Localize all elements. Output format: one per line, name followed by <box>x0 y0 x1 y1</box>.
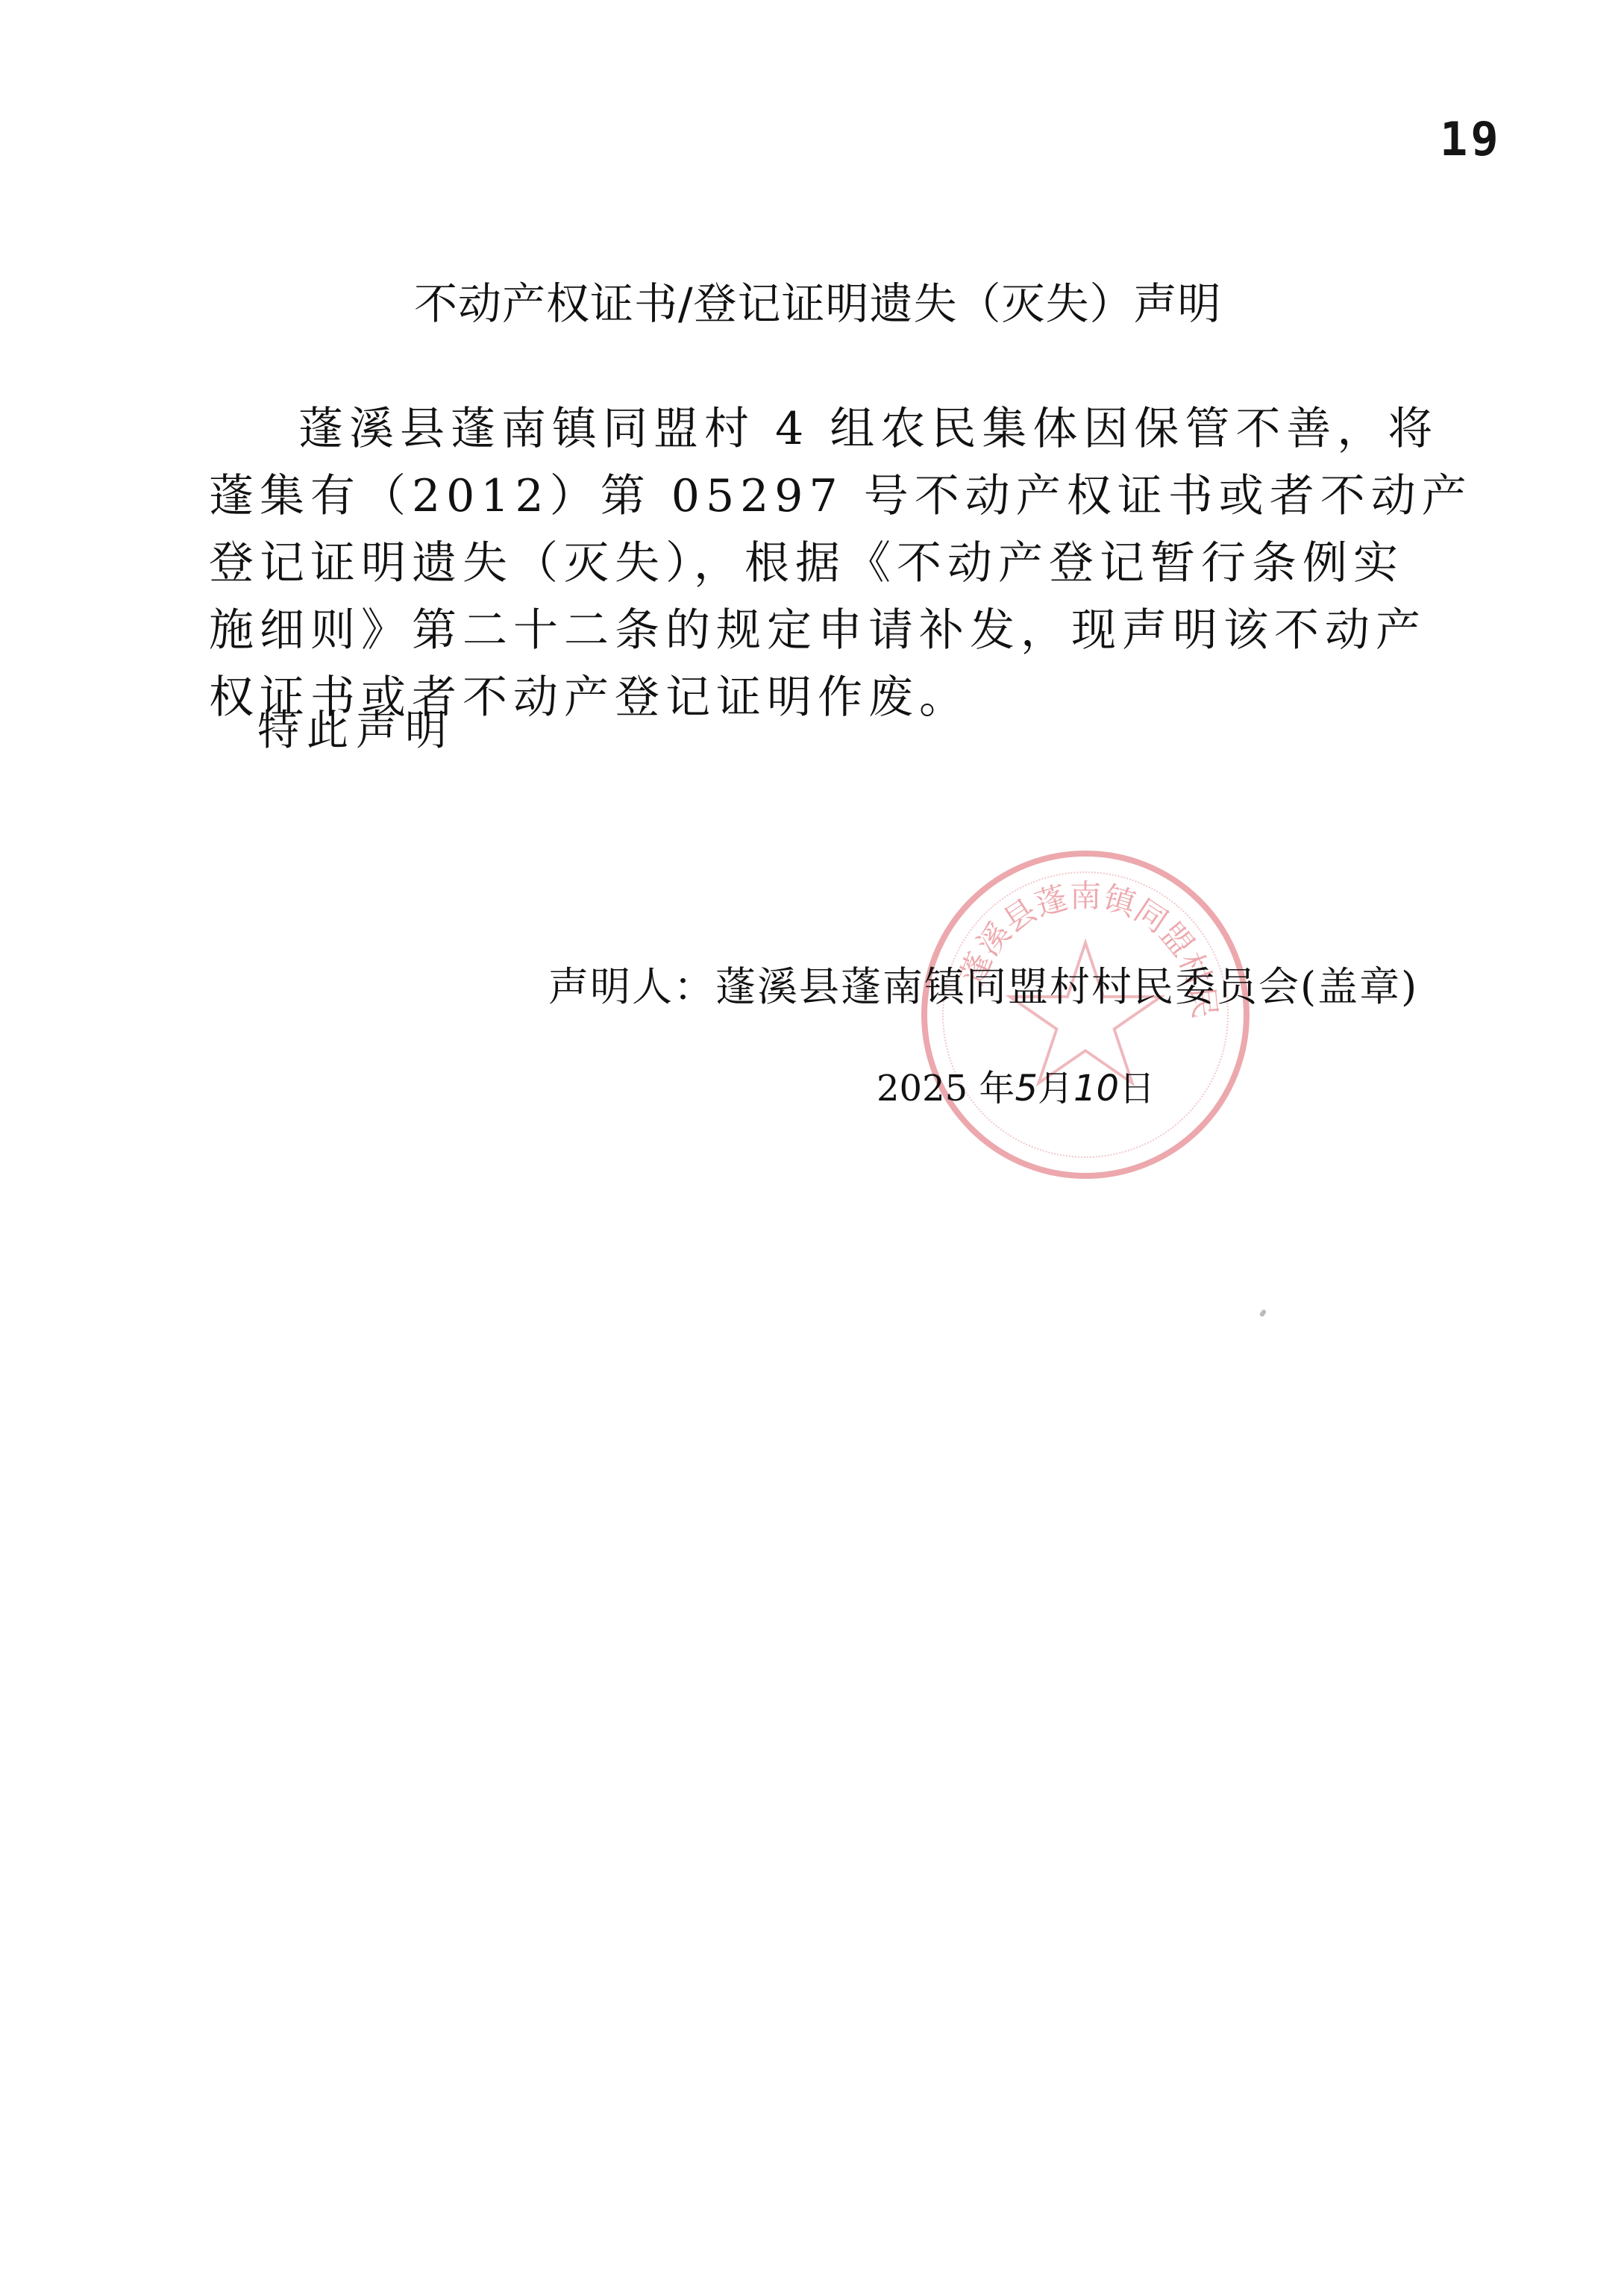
official-seal-stamp: 蓬溪县蓬南镇同盟村民委员会 <box>921 851 1250 1179</box>
date-year: 2025 <box>877 1068 968 1109</box>
date-day-unit: 日 <box>1119 1068 1155 1109</box>
body-line: 蓬集有（2012）第 05297 号不动产权证书或者不动产 <box>209 463 1492 530</box>
signatory-name: 蓬溪县蓬南镇同盟村村民委员会(盖章) <box>715 963 1418 1010</box>
date-year-unit: 年 <box>979 1068 1015 1109</box>
date-month-unit: 月 <box>1038 1068 1073 1109</box>
signatory-line: 声明人：蓬溪县蓬南镇同盟村村民委员会(盖章) <box>548 955 1418 1012</box>
declaration-date: 2025 年5月10日 <box>877 1059 1155 1111</box>
signatory-label: 声明人： <box>548 963 715 1010</box>
scan-speck <box>1259 1309 1267 1318</box>
star-icon: 蓬溪县蓬南镇同盟村民委员会 <box>927 857 1244 1173</box>
date-month: 5 <box>1015 1068 1038 1109</box>
date-day: 10 <box>1073 1068 1119 1109</box>
closing-statement: 特此声明 <box>257 698 454 757</box>
declaration-body: 蓬溪县蓬南镇同盟村 4 组农民集体因保管不善，将 蓬集有（2012）第 0529… <box>209 395 1492 731</box>
body-line: 施细则》第二十二条的规定申请补发，现声明该不动产 <box>209 597 1492 664</box>
body-line: 蓬溪县蓬南镇同盟村 4 组农民集体因保管不善，将 <box>209 395 1492 463</box>
body-line: 登记证明遗失（灭失），根据《不动产登记暂行条例实 <box>209 530 1492 597</box>
document-title: 不动产权证书/登记证明遗失（灭失）声明 <box>414 269 1222 331</box>
page-number: 19 <box>1440 112 1502 166</box>
